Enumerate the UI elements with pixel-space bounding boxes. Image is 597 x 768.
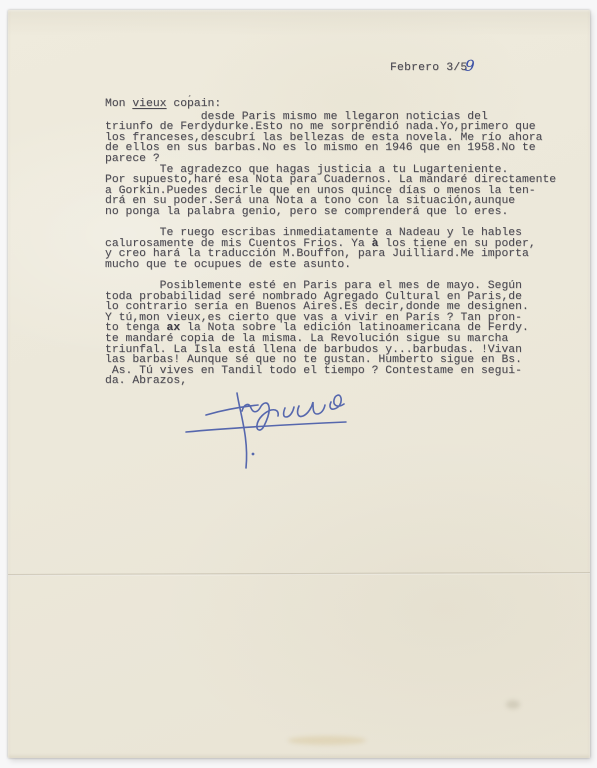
letter-body: Mon vieux cop´ain: desde Paris mismo me …: [105, 99, 575, 387]
letter-page: Febrero 3/59 Mon vieux cop´ain: desde Pa…: [8, 10, 590, 758]
signature-ink-strokes: [178, 383, 363, 478]
date-typed: Febrero 3/5: [390, 62, 467, 74]
scanned-letter-screenshot: { "colors": { "ink": "#4c4a52", "blue_in…: [0, 0, 597, 768]
paper-stain: [288, 736, 366, 745]
date-handwritten-digit: 9: [465, 56, 476, 75]
paper-top-shading: [8, 10, 590, 36]
paper-smudge: [506, 700, 520, 709]
letter-line: de ellos en sus barbas.No es lo mismo en…: [105, 143, 575, 154]
letter-date: Febrero 3/59: [390, 56, 477, 74]
fold-crease: [8, 572, 590, 576]
letter-line: no ponga la palabra genio, pero se compr…: [105, 207, 575, 218]
letter-line: Mon vieux cop´ain:: [105, 99, 575, 110]
signature-virgilio: [178, 383, 363, 478]
letter-line: mucho que te ocupues de este asunto.: [105, 260, 575, 271]
